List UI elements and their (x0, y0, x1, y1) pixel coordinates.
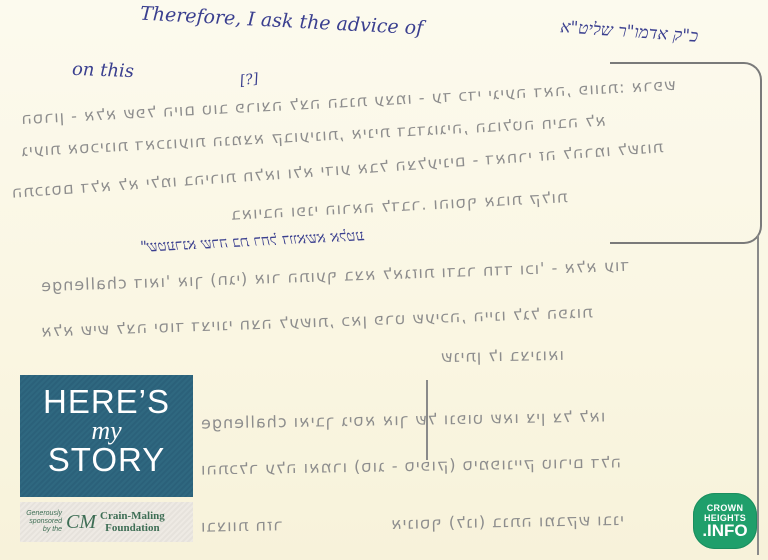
pencil-line: שניתן לו בצינואו (440, 345, 564, 366)
logo-line-crown: CROWN (693, 504, 757, 513)
sponsor-prefix: Generously sponsored by the (24, 510, 62, 534)
blue-ink-line: on this (72, 59, 135, 82)
pencil-line: ובצוות חזר (200, 515, 283, 535)
sponsor-name-line2: Foundation (100, 522, 165, 534)
sponsor-band: Generously sponsored by the CM Crain-Mal… (20, 502, 193, 542)
sponsor-name-line1: Crain-Maling (100, 510, 165, 522)
logo-line-story: STORY (20, 443, 193, 477)
margin-rule (757, 235, 759, 555)
pencil-line: אינוסף (לנו) בנתה ומבקש ובני (390, 510, 624, 533)
crownheights-info-logo: CROWN HEIGHTS .INFO (693, 493, 757, 549)
text-divider (426, 380, 428, 460)
logo-line-my: my (20, 419, 193, 443)
margin-bracket (610, 62, 762, 244)
blue-ink-mark: [?] (239, 71, 259, 89)
logo-line-info: .INFO (693, 523, 757, 539)
crain-maling-monogram-icon: CM (66, 511, 96, 534)
sponsor-name: Crain-Maling Foundation (100, 510, 165, 534)
heres-my-story-logo: HERE’S my STORY (20, 375, 193, 497)
logo-line-heres: HERE’S (20, 385, 193, 419)
